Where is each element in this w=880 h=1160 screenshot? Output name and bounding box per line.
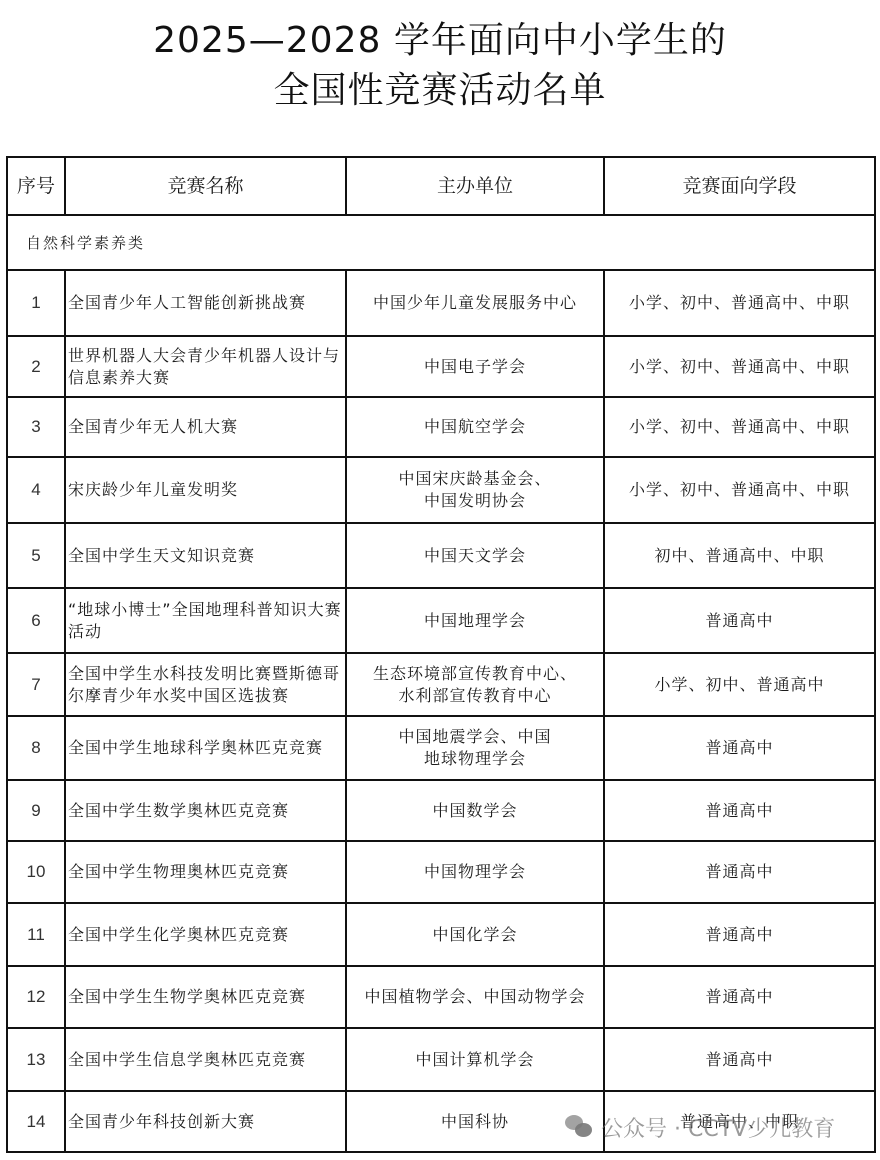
school-level: 小学、初中、普通高中、中职 (604, 336, 875, 397)
row-number: 4 (7, 457, 65, 523)
row-number: 8 (7, 716, 65, 780)
competition-name: 宋庆龄少年儿童发明奖 (65, 457, 346, 523)
row-number: 9 (7, 780, 65, 841)
document-title-line1: 2025—2028 学年面向中小学生的 (0, 12, 880, 63)
header-serial-number: 序号 (7, 157, 65, 215)
table-row: 8 全国中学生地球科学奥林匹克竞赛 中国地震学会、中国地球物理学会 普通高中 (7, 716, 875, 780)
row-number: 2 (7, 336, 65, 397)
organizer: 中国科协 (346, 1091, 604, 1152)
competition-name: 全国中学生生物学奥林匹克竞赛 (65, 966, 346, 1028)
header-school-level: 竞赛面向学段 (604, 157, 875, 215)
organizer: 中国化学会 (346, 903, 604, 966)
competition-name: 全国青少年科技创新大赛 (65, 1091, 346, 1152)
competition-name: 全国中学生数学奥林匹克竞赛 (65, 780, 346, 841)
organizer: 中国计算机学会 (346, 1028, 604, 1091)
school-level: 普通高中 (604, 1028, 875, 1091)
school-level: 普通高中 (604, 966, 875, 1028)
organizer: 生态环境部宣传教育中心、水利部宣传教育中心 (346, 653, 604, 716)
competition-name: 世界机器人大会青少年机器人设计与信息素养大赛 (65, 336, 346, 397)
header-organizer: 主办单位 (346, 157, 604, 215)
organizer: 中国植物学会、中国动物学会 (346, 966, 604, 1028)
competition-name: “地球小博士”全国地理科普知识大赛活动 (65, 588, 346, 653)
table-row: 4 宋庆龄少年儿童发明奖 中国宋庆龄基金会、中国发明协会 小学、初中、普通高中、… (7, 457, 875, 523)
section-row: 自然科学素养类 (7, 215, 875, 270)
table-row: 7 全国中学生水科技发明比赛暨斯德哥尔摩青少年水奖中国区选拔赛 生态环境部宣传教… (7, 653, 875, 716)
school-level: 小学、初中、普通高中 (604, 653, 875, 716)
competition-name: 全国青少年无人机大赛 (65, 397, 346, 457)
competition-name: 全国中学生天文知识竞赛 (65, 523, 346, 588)
competition-name: 全国中学生物理奥林匹克竞赛 (65, 841, 346, 903)
school-level: 小学、初中、普通高中、中职 (604, 457, 875, 523)
school-level: 普通高中 (604, 716, 875, 780)
school-level: 普通高中、中职 (604, 1091, 875, 1152)
organizer: 中国物理学会 (346, 841, 604, 903)
table-row: 5 全国中学生天文知识竞赛 中国天文学会 初中、普通高中、中职 (7, 523, 875, 588)
document-title-line2: 全国性竞赛活动名单 (0, 62, 880, 113)
organizer: 中国航空学会 (346, 397, 604, 457)
row-number: 3 (7, 397, 65, 457)
row-number: 1 (7, 270, 65, 336)
table-row: 6 “地球小博士”全国地理科普知识大赛活动 中国地理学会 普通高中 (7, 588, 875, 653)
table-row: 13 全国中学生信息学奥林匹克竞赛 中国计算机学会 普通高中 (7, 1028, 875, 1091)
school-level: 普通高中 (604, 841, 875, 903)
row-number: 11 (7, 903, 65, 966)
row-number: 6 (7, 588, 65, 653)
competition-table: 序号 竞赛名称 主办单位 竞赛面向学段 自然科学素养类 1 全国青少年人工智能创… (6, 156, 876, 1153)
organizer: 中国地震学会、中国地球物理学会 (346, 716, 604, 780)
school-level: 普通高中 (604, 903, 875, 966)
row-number: 12 (7, 966, 65, 1028)
school-level: 小学、初中、普通高中、中职 (604, 270, 875, 336)
competition-name: 全国中学生信息学奥林匹克竞赛 (65, 1028, 346, 1091)
table-row: 9 全国中学生数学奥林匹克竞赛 中国数学会 普通高中 (7, 780, 875, 841)
competition-name: 全国中学生化学奥林匹克竞赛 (65, 903, 346, 966)
organizer: 中国宋庆龄基金会、中国发明协会 (346, 457, 604, 523)
table-row: 11 全国中学生化学奥林匹克竞赛 中国化学会 普通高中 (7, 903, 875, 966)
row-number: 10 (7, 841, 65, 903)
row-number: 5 (7, 523, 65, 588)
table-row: 12 全国中学生生物学奥林匹克竞赛 中国植物学会、中国动物学会 普通高中 (7, 966, 875, 1028)
organizer: 中国电子学会 (346, 336, 604, 397)
organizer: 中国地理学会 (346, 588, 604, 653)
table-row: 14 全国青少年科技创新大赛 中国科协 普通高中、中职 (7, 1091, 875, 1152)
table-row: 10 全国中学生物理奥林匹克竞赛 中国物理学会 普通高中 (7, 841, 875, 903)
table-header-row: 序号 竞赛名称 主办单位 竞赛面向学段 (7, 157, 875, 215)
row-number: 13 (7, 1028, 65, 1091)
section-title: 自然科学素养类 (7, 215, 875, 270)
school-level: 普通高中 (604, 780, 875, 841)
row-number: 14 (7, 1091, 65, 1152)
header-competition-name: 竞赛名称 (65, 157, 346, 215)
table-row: 3 全国青少年无人机大赛 中国航空学会 小学、初中、普通高中、中职 (7, 397, 875, 457)
school-level: 初中、普通高中、中职 (604, 523, 875, 588)
competition-name: 全国中学生地球科学奥林匹克竞赛 (65, 716, 346, 780)
competition-name: 全国青少年人工智能创新挑战赛 (65, 270, 346, 336)
organizer: 中国天文学会 (346, 523, 604, 588)
school-level: 小学、初中、普通高中、中职 (604, 397, 875, 457)
table-row: 1 全国青少年人工智能创新挑战赛 中国少年儿童发展服务中心 小学、初中、普通高中… (7, 270, 875, 336)
organizer: 中国数学会 (346, 780, 604, 841)
row-number: 7 (7, 653, 65, 716)
table-row: 2 世界机器人大会青少年机器人设计与信息素养大赛 中国电子学会 小学、初中、普通… (7, 336, 875, 397)
competition-name: 全国中学生水科技发明比赛暨斯德哥尔摩青少年水奖中国区选拔赛 (65, 653, 346, 716)
organizer: 中国少年儿童发展服务中心 (346, 270, 604, 336)
school-level: 普通高中 (604, 588, 875, 653)
